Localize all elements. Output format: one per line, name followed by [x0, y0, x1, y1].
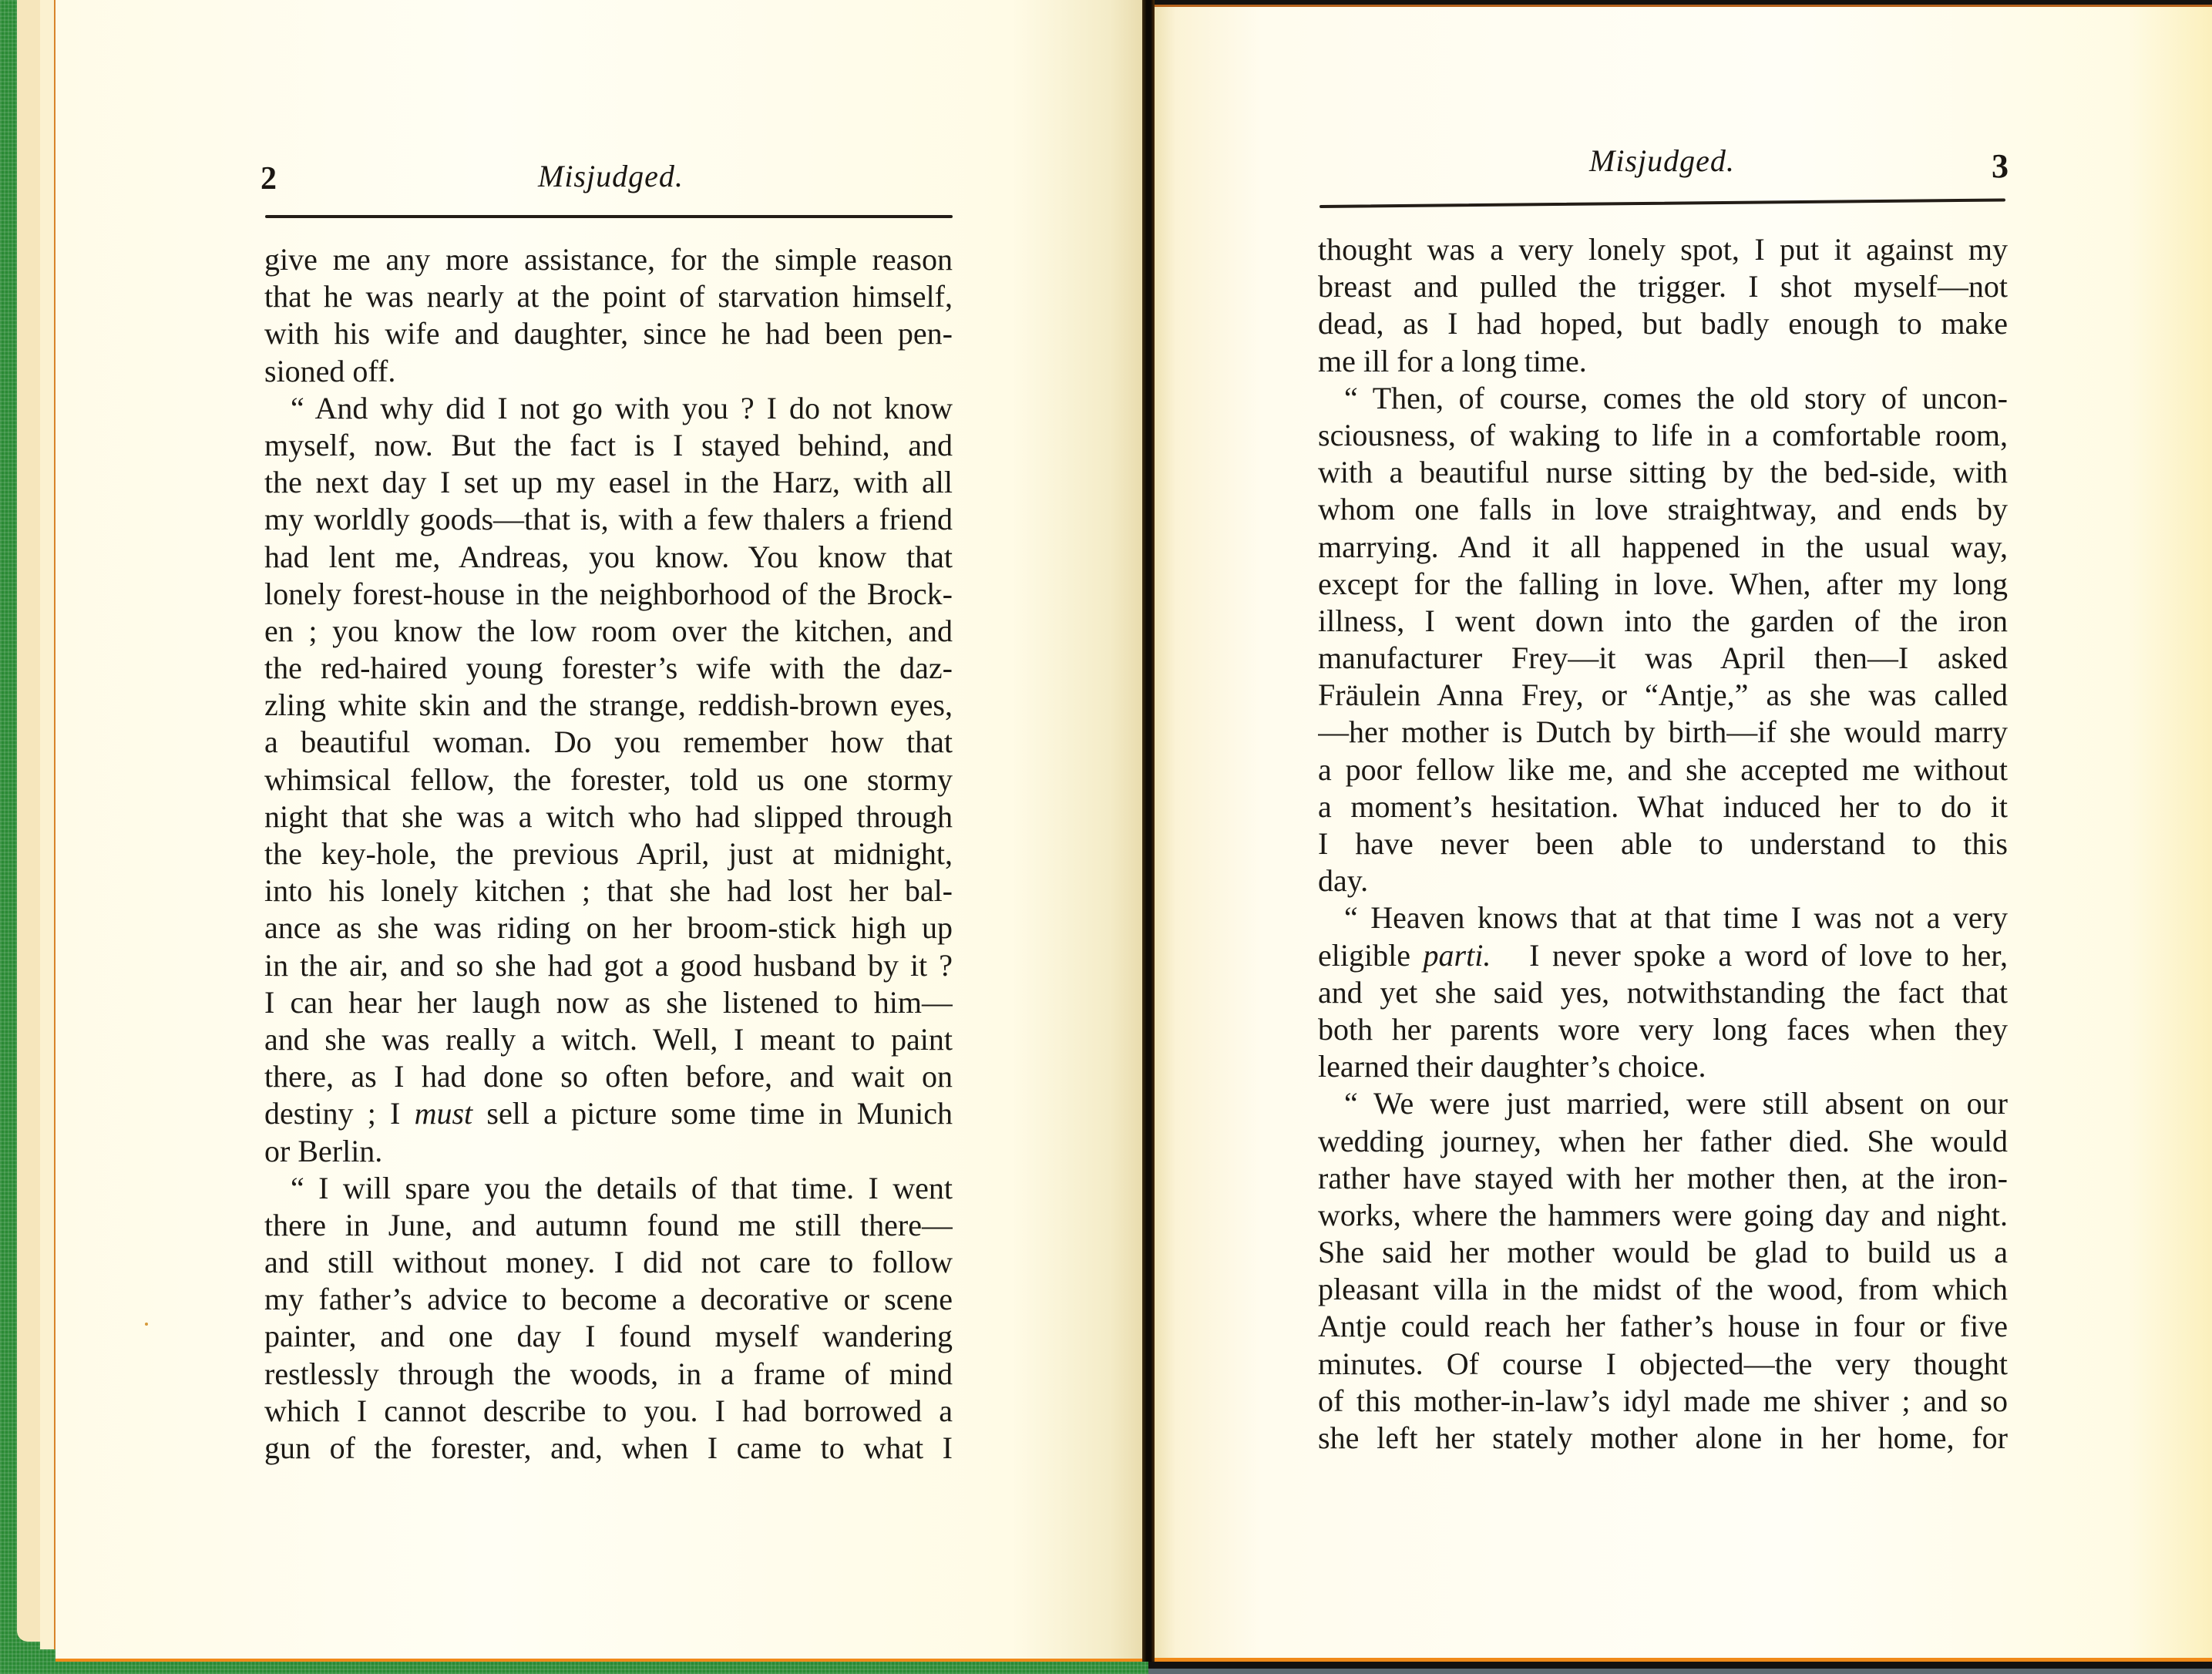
text-line: both her parents wore very long faces wh… [1318, 1011, 2008, 1048]
text-line: “ I will spare you the details of that t… [264, 1170, 953, 1207]
text-line: marrying. And it all happened in the usu… [1318, 529, 2008, 566]
text-line: She said her mother would be glad to bui… [1318, 1234, 2008, 1271]
text-line: —her mother is Dutch by birth—if she wou… [1318, 714, 2008, 751]
text-line: I can hear her laugh now as she listened… [264, 984, 953, 1021]
text-line: of this mother-in-law’s idyl made me shi… [1318, 1383, 2008, 1420]
text-line: sciousness, of waking to life in a comfo… [1318, 417, 2008, 454]
text-line: she left her stately mother alone in her… [1318, 1420, 2008, 1457]
text-line: works, where the hammers were going day … [1318, 1197, 2008, 1234]
text-line: the red-haired young forester’s wife wit… [264, 650, 953, 687]
text-line: I have never been able to understand to … [1318, 825, 2008, 862]
text-line: en ; you know the low room over the kitc… [264, 613, 953, 650]
text-line: a poor fellow like me, and she accepted … [1318, 751, 2008, 788]
scanner-bed-edge [1148, 1669, 2212, 1674]
page-stack-edge [40, 0, 56, 1649]
text-line: “ Then, of course, comes the old story o… [1318, 380, 2008, 417]
text-line: a beautiful woman. Do you remember how t… [264, 724, 953, 761]
page-number-right: 3 [1992, 146, 2009, 186]
text-line: Antje could reach her father’s house in … [1318, 1308, 2008, 1345]
text-line: “ We were just married, were still absen… [1318, 1085, 2008, 1122]
text-line: that he was nearly at the point of starv… [264, 278, 953, 315]
text-line: with his wife and daughter, since he had… [264, 315, 953, 352]
text-line: a moment’s hesitation. What induced her … [1318, 788, 2008, 825]
text-line: night that she was a witch who had slipp… [264, 798, 953, 835]
text-line: my worldly goods—that is, with a few tha… [264, 501, 953, 538]
header-rule-left [265, 215, 953, 218]
italic-word: parti. [1424, 938, 1491, 973]
page-stack-edge [17, 0, 42, 1642]
text-line: destiny ; I must sell a picture some tim… [264, 1095, 953, 1132]
text-line: ance as she was riding on her broom-stic… [264, 909, 953, 946]
body-text-right: thought was a very lonely spot, I put it… [1318, 231, 2008, 1457]
text-line: there, as I had done so often before, an… [264, 1058, 953, 1095]
book-gutter [1142, 0, 1155, 1662]
text-line: with a beautiful nurse sitting by the be… [1318, 454, 2008, 491]
text-line: in the air, and so she had got a good hu… [264, 947, 953, 984]
text-line: gun of the forester, and, when I came to… [264, 1430, 953, 1467]
text-line: there in June, and autumn found me still… [264, 1207, 953, 1244]
page-number-left: 2 [261, 160, 277, 197]
text-line: thought was a very lonely spot, I put it… [1318, 231, 2008, 268]
text-line: had lent me, Andreas, you know. You know… [264, 539, 953, 576]
text-line: except for the falling in love. When, af… [1318, 566, 2008, 603]
text-line: pleasant villa in the midst of the wood,… [1318, 1271, 2008, 1308]
text-line: restlessly through the woods, in a frame… [264, 1356, 953, 1393]
text-line: breast and pulled the trigger. I shot my… [1318, 268, 2008, 305]
text-line: illness, I went down into the garden of … [1318, 603, 2008, 640]
text-line: painter, and one day I found myself wand… [264, 1318, 953, 1355]
text-line: day. [1318, 862, 2008, 899]
text-line: or Berlin. [264, 1133, 953, 1170]
running-title-left: Misjudged. [538, 158, 684, 194]
text-line: lonely forest-house in the neighborhood … [264, 576, 953, 613]
text-line: into his lonely kitchen ; that she had l… [264, 872, 953, 909]
text-line: give me any more assistance, for the sim… [264, 241, 953, 278]
text-line: eligible parti. I never spoke a word of … [1318, 937, 2008, 974]
text-line: wedding journey, when her father died. S… [1318, 1123, 2008, 1160]
text-line: whimsical fellow, the forester, told us … [264, 761, 953, 798]
text-line: manufacturer Frey—it was April then—I as… [1318, 640, 2008, 677]
text-line: minutes. Of course I objected—the very t… [1318, 1346, 2008, 1383]
text-line: myself, now. But the fact is I stayed be… [264, 427, 953, 464]
text-line: “ And why did I not go with you ? I do n… [264, 390, 953, 427]
running-title-right: Misjudged. [1589, 143, 1735, 179]
text-line: which I cannot describe to you. I had bo… [264, 1393, 953, 1430]
text-line: dead, as I had hoped, but badly enough t… [1318, 305, 2008, 342]
text-line: and still without money. I did not care … [264, 1244, 953, 1281]
text-line: learned their daughter’s choice. [1318, 1048, 2008, 1085]
text-line: “ Heaven knows that at that time I was n… [1318, 899, 2008, 936]
text-line: Fräulein Anna Frey, or “Antje,” as she w… [1318, 677, 2008, 714]
text-line: my father’s advice to become a decorativ… [264, 1281, 953, 1318]
text-line: the key-hole, the previous April, just a… [264, 835, 953, 872]
text-line: zling white skin and the strange, reddis… [264, 687, 953, 724]
text-line: and she was really a witch. Well, I mean… [264, 1021, 953, 1058]
text-line: whom one falls in love straightway, and … [1318, 491, 2008, 528]
body-text-left: give me any more assistance, for the sim… [264, 241, 953, 1467]
text-line: me ill for a long time. [1318, 343, 2008, 380]
italic-word: must [415, 1096, 473, 1131]
text-line: the next day I set up my easel in the Ha… [264, 464, 953, 501]
text-line: sioned off. [264, 353, 953, 390]
paper-speck [145, 1323, 148, 1326]
text-line: and yet she said yes, notwithstanding th… [1318, 974, 2008, 1011]
text-line: rather have stayed with her mother then,… [1318, 1160, 2008, 1197]
